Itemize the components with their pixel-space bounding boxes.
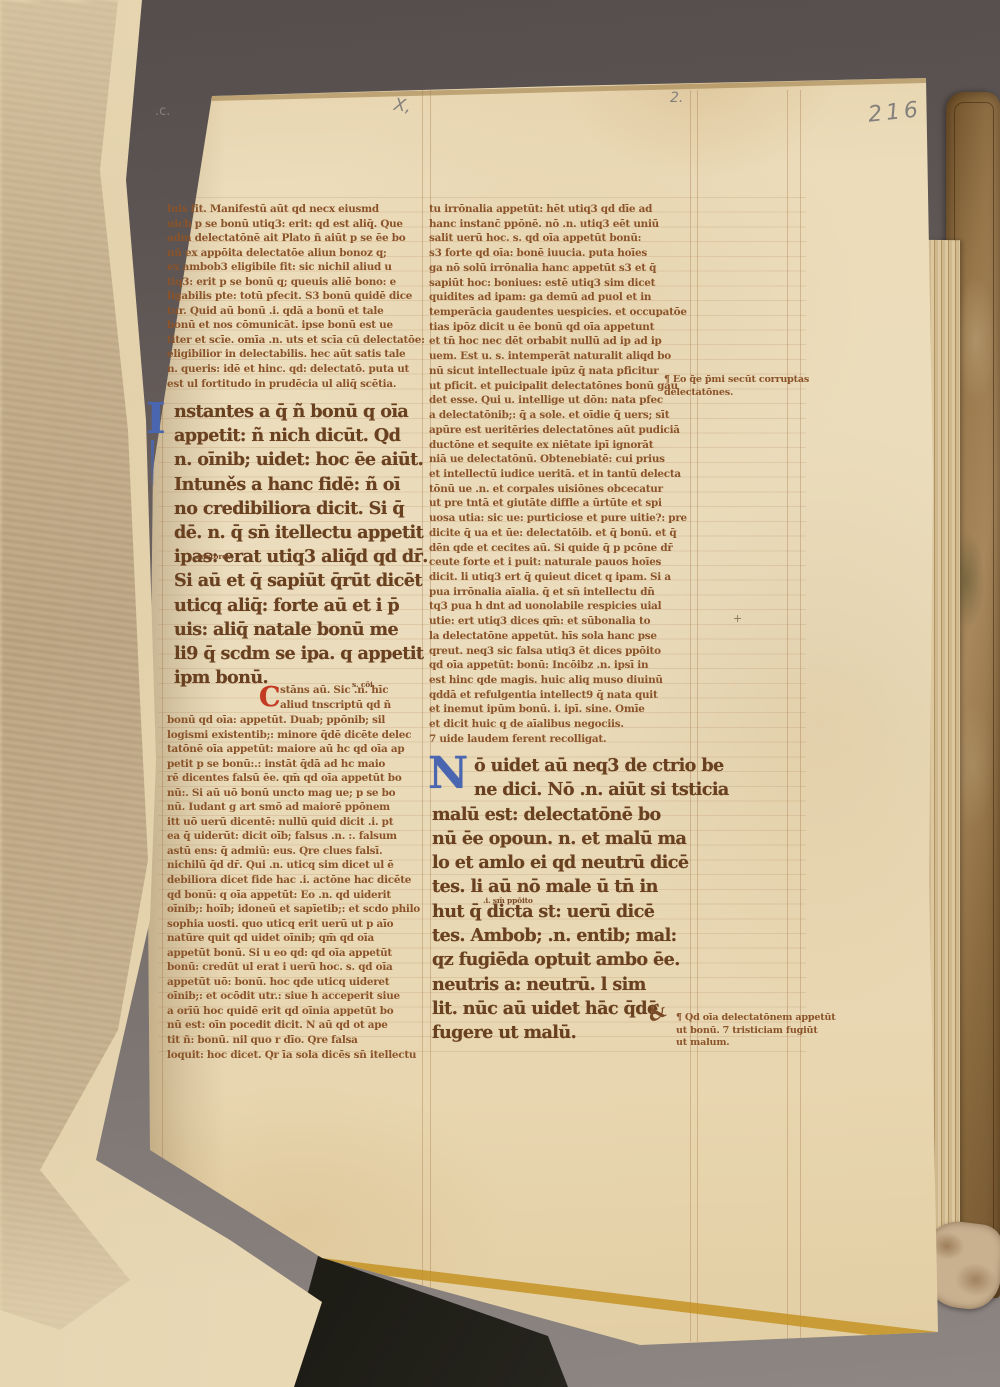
marginal-note-pleasure-good: ¶Qd oīa delectatōnem appetūt ut bonū. 7 …: [676, 1012, 836, 1050]
text-line: aliud tnscriptū qd ñ: [280, 698, 391, 713]
text-line: et dicit huic q de aīalibus negociis.: [429, 717, 687, 732]
text-line: s3 forte qd oīa: bonē iuucia. puta hoīes: [429, 246, 687, 261]
text-line: nū:. Si aū uō bonū uncto mag ue; p se bo: [167, 786, 420, 801]
text-line: pua irrōnalia aīalia. q̄ et sn̄ intellec…: [429, 585, 687, 600]
text-line: tes. li aū nō male ū tn̄ in: [432, 875, 729, 899]
text-line: ga nō solū irrōnalia hanc appetūt s3 et …: [429, 261, 687, 276]
text-line: eligibilior in delectabilis. hec aūt sat…: [167, 347, 425, 362]
text-line: n. oīnib; uidet: hoc ēe aiūt.: [174, 448, 428, 472]
interlinear-gloss: auctores.: [196, 552, 233, 561]
text-line: sapiūt hoc: boniues: estē utiq3 sim dice…: [429, 276, 687, 291]
text-line: adm delectatōnē ait Plato ñ aiūt p se ēe…: [167, 231, 425, 246]
text-line: la delectatōne appetūt. hīs sola hanc ps…: [429, 629, 687, 644]
text-line: ea q̄ uiderūt: dicit oīb; falsus .n. :. …: [167, 829, 420, 844]
text-line: uis: aliq̄ natale bonū me: [174, 618, 428, 642]
text-line: luis fit. Manifestū aūt qd necx eiusmd: [167, 202, 425, 217]
manuscript-photo: .c. X, 2. 216 + luis fit. Manifestū aūt …: [0, 0, 1000, 1387]
text-line: ut pficit. et puicipalit delectatōnes bo…: [429, 379, 687, 394]
text-line: est ul fortitudo in prudēcia ul aliq̄ sc…: [167, 377, 425, 392]
text-line: uich p se bonū utiq3: erit: qd est aliq̄…: [167, 217, 425, 232]
text-line: astū ens: q̄ admiū: eus. Qre clues falsī…: [167, 844, 420, 859]
text-line: nū est: oīn pocedit dicit. N aū qd ot ap…: [167, 1018, 420, 1033]
text-line: ne dici. Nō .n. aiūt si tsticia: [432, 778, 729, 802]
text-line: hut q̄ dicta st: uerū dicē: [432, 900, 729, 924]
text-line: tit ñ: bonū. nil quo r dīo. Qre falsa: [167, 1033, 420, 1048]
text-line: ex ambob3 eligibile fit: sic nichil aliu…: [167, 260, 425, 275]
ruling-line: [697, 90, 698, 1342]
pencil-mark-c: .c.: [155, 104, 170, 119]
text-line: salit uerū hoc. s. qd oīa appetūt bonū:: [429, 231, 687, 246]
interlinear-gloss: s. cōi: [352, 680, 373, 689]
text-line: logismi existentib;: minore q̄dē dicēte …: [167, 728, 420, 743]
text-line: tiq3: erit p se bonū q; queuis aliē bono…: [167, 275, 425, 290]
text-line: appetūt bonū. Si u eo qd: qd oīa appetūt: [167, 946, 420, 961]
interlinear-gloss: .i. sm̄ ppōito: [483, 896, 533, 905]
text-line: utie: ert utiq3 dices qm̄: et sūbonalia …: [429, 614, 687, 629]
initial-flourish: [151, 440, 154, 486]
margin-cross-mark: +: [733, 612, 742, 625]
text-line: rē dicentes falsū ēe. qm̄ qd oīa appetūt…: [167, 771, 420, 786]
text-line: tias ipōz dicit u ēe bonū qd oīa appetun…: [429, 320, 687, 335]
text-line: no credibiliora dicit. Si q̄: [174, 497, 428, 521]
marginal-note-corrupt-delights: ¶Eo q̄e p̄mi secūt corruptas delectatōne…: [664, 374, 809, 399]
text-line: nū ēe opoun. n. et malū ma: [432, 827, 729, 851]
text-line: tq3 pua h dnt ad uonolabile respicies ui…: [429, 599, 687, 614]
column-b-commentary-top: tu irrōnalia appetūt: hēt utiq3 qd dīe a…: [429, 202, 687, 747]
paragraph-mark: ¶: [664, 374, 670, 385]
text-line: bonū: credūt ul erat i uerū hoc. s. qd o…: [167, 960, 420, 975]
text-line: tes. Ambob; .n. entib; mal:: [432, 924, 729, 948]
text-line: a orīū hoc quidē erit qd oīnia appetūt b…: [167, 1004, 420, 1019]
pencil-quire-mark-x: X,: [393, 95, 413, 117]
text-line: dicite q̄ ua et ūe: delectatōib. et q̄ b…: [429, 526, 687, 541]
column-a-commentary-inline: stāns aū. Sic .n. hīcaliud tnscriptū qd …: [280, 683, 391, 712]
text-line: det esse. Qui u. intellige ut dōn: nata …: [429, 393, 687, 408]
text-line: titer et scīe. omīa .n. uts et scīa cū d…: [167, 333, 425, 348]
text-line: quidites ad ipam: ga demū ad puol et in: [429, 290, 687, 305]
text-line: uem. Est u. s. intemperāt naturalit aliq…: [429, 349, 687, 364]
text-line: tu irrōnalia appetūt: hēt utiq3 qd dīe a…: [429, 202, 687, 217]
text-line: ceute forte et i puit: naturale pauos ho…: [429, 555, 687, 570]
text-line: ō uidet aū neq3 de ctrio be: [432, 754, 729, 778]
text-line: et intellectū iudice ueritā. et in tantū…: [429, 467, 687, 482]
text-line: appetūt uō: bonū. hoc qde uticq uideret: [167, 975, 420, 990]
text-line: et tn̄ hoc nec dēt orbabit nullū ad ip a…: [429, 334, 687, 349]
text-line: niā ue delectatōnū. Obtenebiatē: cui pri…: [429, 452, 687, 467]
text-line: uticq aliq̄: forte aū et i p̄: [174, 594, 428, 618]
ruling-line: [690, 90, 691, 1342]
text-line: est hinc qde magis. huic aliq muso diuin…: [429, 673, 687, 688]
text-line: lo et amlo ei qd neutrū dicē: [432, 851, 729, 875]
text-line: tatōnē oīa appetūt: maiore aū hc qd oīa …: [167, 742, 420, 757]
text-line: ligabilis pte: totū pfecit. S3 bonū quid…: [167, 289, 425, 304]
text-line: oīnib;: hoīb; idoneū et sapīetib;: et sc…: [167, 902, 420, 917]
text-line: apūre est ueritēries delectatōnes aūt pu…: [429, 423, 687, 438]
text-line: nū ex appōita delectatōe aliun bonoz q;: [167, 246, 425, 261]
text-line: ut pre tntā et giutāte diffle a ūrtūte e…: [429, 496, 687, 511]
text-line: qreut. neq3 sic falsa utiq3 ēt dices ppō…: [429, 644, 687, 659]
paragraph-mark: ¶: [676, 1012, 682, 1023]
text-line: itt uō uerū dicentē: nullū quid dicit .i…: [167, 815, 420, 830]
text-line: malū est: delectatōnē bo: [432, 803, 729, 827]
ruling-line: [787, 90, 788, 1342]
column-a-commentary-top: luis fit. Manifestū aūt qd necx eiusmdui…: [167, 202, 425, 391]
text-line: dicit. li utiq3 ert q̄ quieut dicet q ip…: [429, 570, 687, 585]
text-line: oīnib;: et ocōdit utr.: siue h acceperit…: [167, 989, 420, 1004]
text-line: stāns aū. Sic .n. hīc: [280, 683, 391, 698]
text-line: a delectatōnib;: q̄ a sole. et oīdie q̄ …: [429, 408, 687, 423]
text-line: natūre quit qd uidet oīnib; qm̄ qd oīa: [167, 931, 420, 946]
column-a-commentary-bottom: bonū qd oīa: appetūt. Duab; ppōnib; sill…: [167, 713, 420, 1062]
text-line: qd oīa appetūt: bonū: Incōibz .n. ipsī i…: [429, 658, 687, 673]
text-line: tōnū ue .n. et corpales uisiōnes obcecat…: [429, 482, 687, 497]
text-line: Si aū et q̄ sapiūt q̄rūt dicēt: [174, 569, 428, 593]
text-line: tur. Quid aū bonū .i. qdā a bonū et tale: [167, 304, 425, 319]
text-line: neutris a: neutrū. l sim: [432, 973, 729, 997]
column-b-lemma: ō uidet aū neq3 de ctrio bene dici. Nō .…: [432, 754, 729, 1046]
text-line: appetit: ñ nich dicūt. Qd: [174, 424, 428, 448]
text-line: nū sicut intellectuale ipūz q̄ nata pfic…: [429, 364, 687, 379]
text-line: qd bonū: q oīa appetūt: Eo .n. qd uideri…: [167, 888, 420, 903]
text-line: dē. n. q̄ sn̄ itellectu appetit: [174, 521, 428, 545]
pencil-quire-mark-2: 2.: [670, 90, 683, 106]
text-line: nichilū q̄d dr̄. Qui .n. uticq sim dicet…: [167, 858, 420, 873]
text-line: et inemut ipūm bonū. i. ipī. sine. Omīe: [429, 702, 687, 717]
text-line: li9 q̄ scdm se ipa. q appetit: [174, 642, 428, 666]
text-line: ductōne et sequite ex niētate ipī ignorā…: [429, 438, 687, 453]
text-line: nū. Iudant g art smō ad maiorē ppōnem: [167, 800, 420, 815]
text-line: bonū et nos cōmunicāt. ipse bonū est ue: [167, 318, 425, 333]
text-line: qddā et refulgentia intellect9 q̄ nata q…: [429, 688, 687, 703]
text-line: n. queris: idē et hinc. qd: delectatō. p…: [167, 362, 425, 377]
text-line: Intuněs a hanc fidē: ñ oī: [174, 473, 428, 497]
text-line: 7 uide laudem ferent recolligat.: [429, 732, 687, 747]
initial-C-red: C: [259, 684, 281, 711]
column-a-lemma: nstantes a q̄ ñ bonū q oīaappetit: ñ nic…: [174, 400, 428, 690]
text-line: nstantes a q̄ ñ bonū q oīa: [174, 400, 428, 424]
text-line: dēn qde et cecites aū. Si quide q̄ p pcō…: [429, 541, 687, 556]
ruling-line: [800, 90, 801, 1342]
initial-I-blue: I: [146, 398, 166, 440]
text-line: debiliora dicet fide hac .i. actōne hac …: [167, 873, 420, 888]
text-line: bonū qd oīa: appetūt. Duab; ppōnib; sil: [167, 713, 420, 728]
text-line: loquit: hoc dicet. Qr īa sola dicēs sn̄ …: [167, 1048, 420, 1063]
text-line: sophia uosti. quo uticq erit uerū ut p a…: [167, 917, 420, 932]
text-line: qz fugiēda optuit ambo ēe.: [432, 948, 729, 972]
text-line: hanc instanc̄ ppōnē. nō .n. utiq3 eēt un…: [429, 217, 687, 232]
text-line: temperācia gaudentes uespicies. et occup…: [429, 305, 687, 320]
text-line: petit p se bonū:.: instāt q̄dā ad hc mai…: [167, 757, 420, 772]
text-line: uosa utia: sic ue: purticiose et pure ui…: [429, 511, 687, 526]
